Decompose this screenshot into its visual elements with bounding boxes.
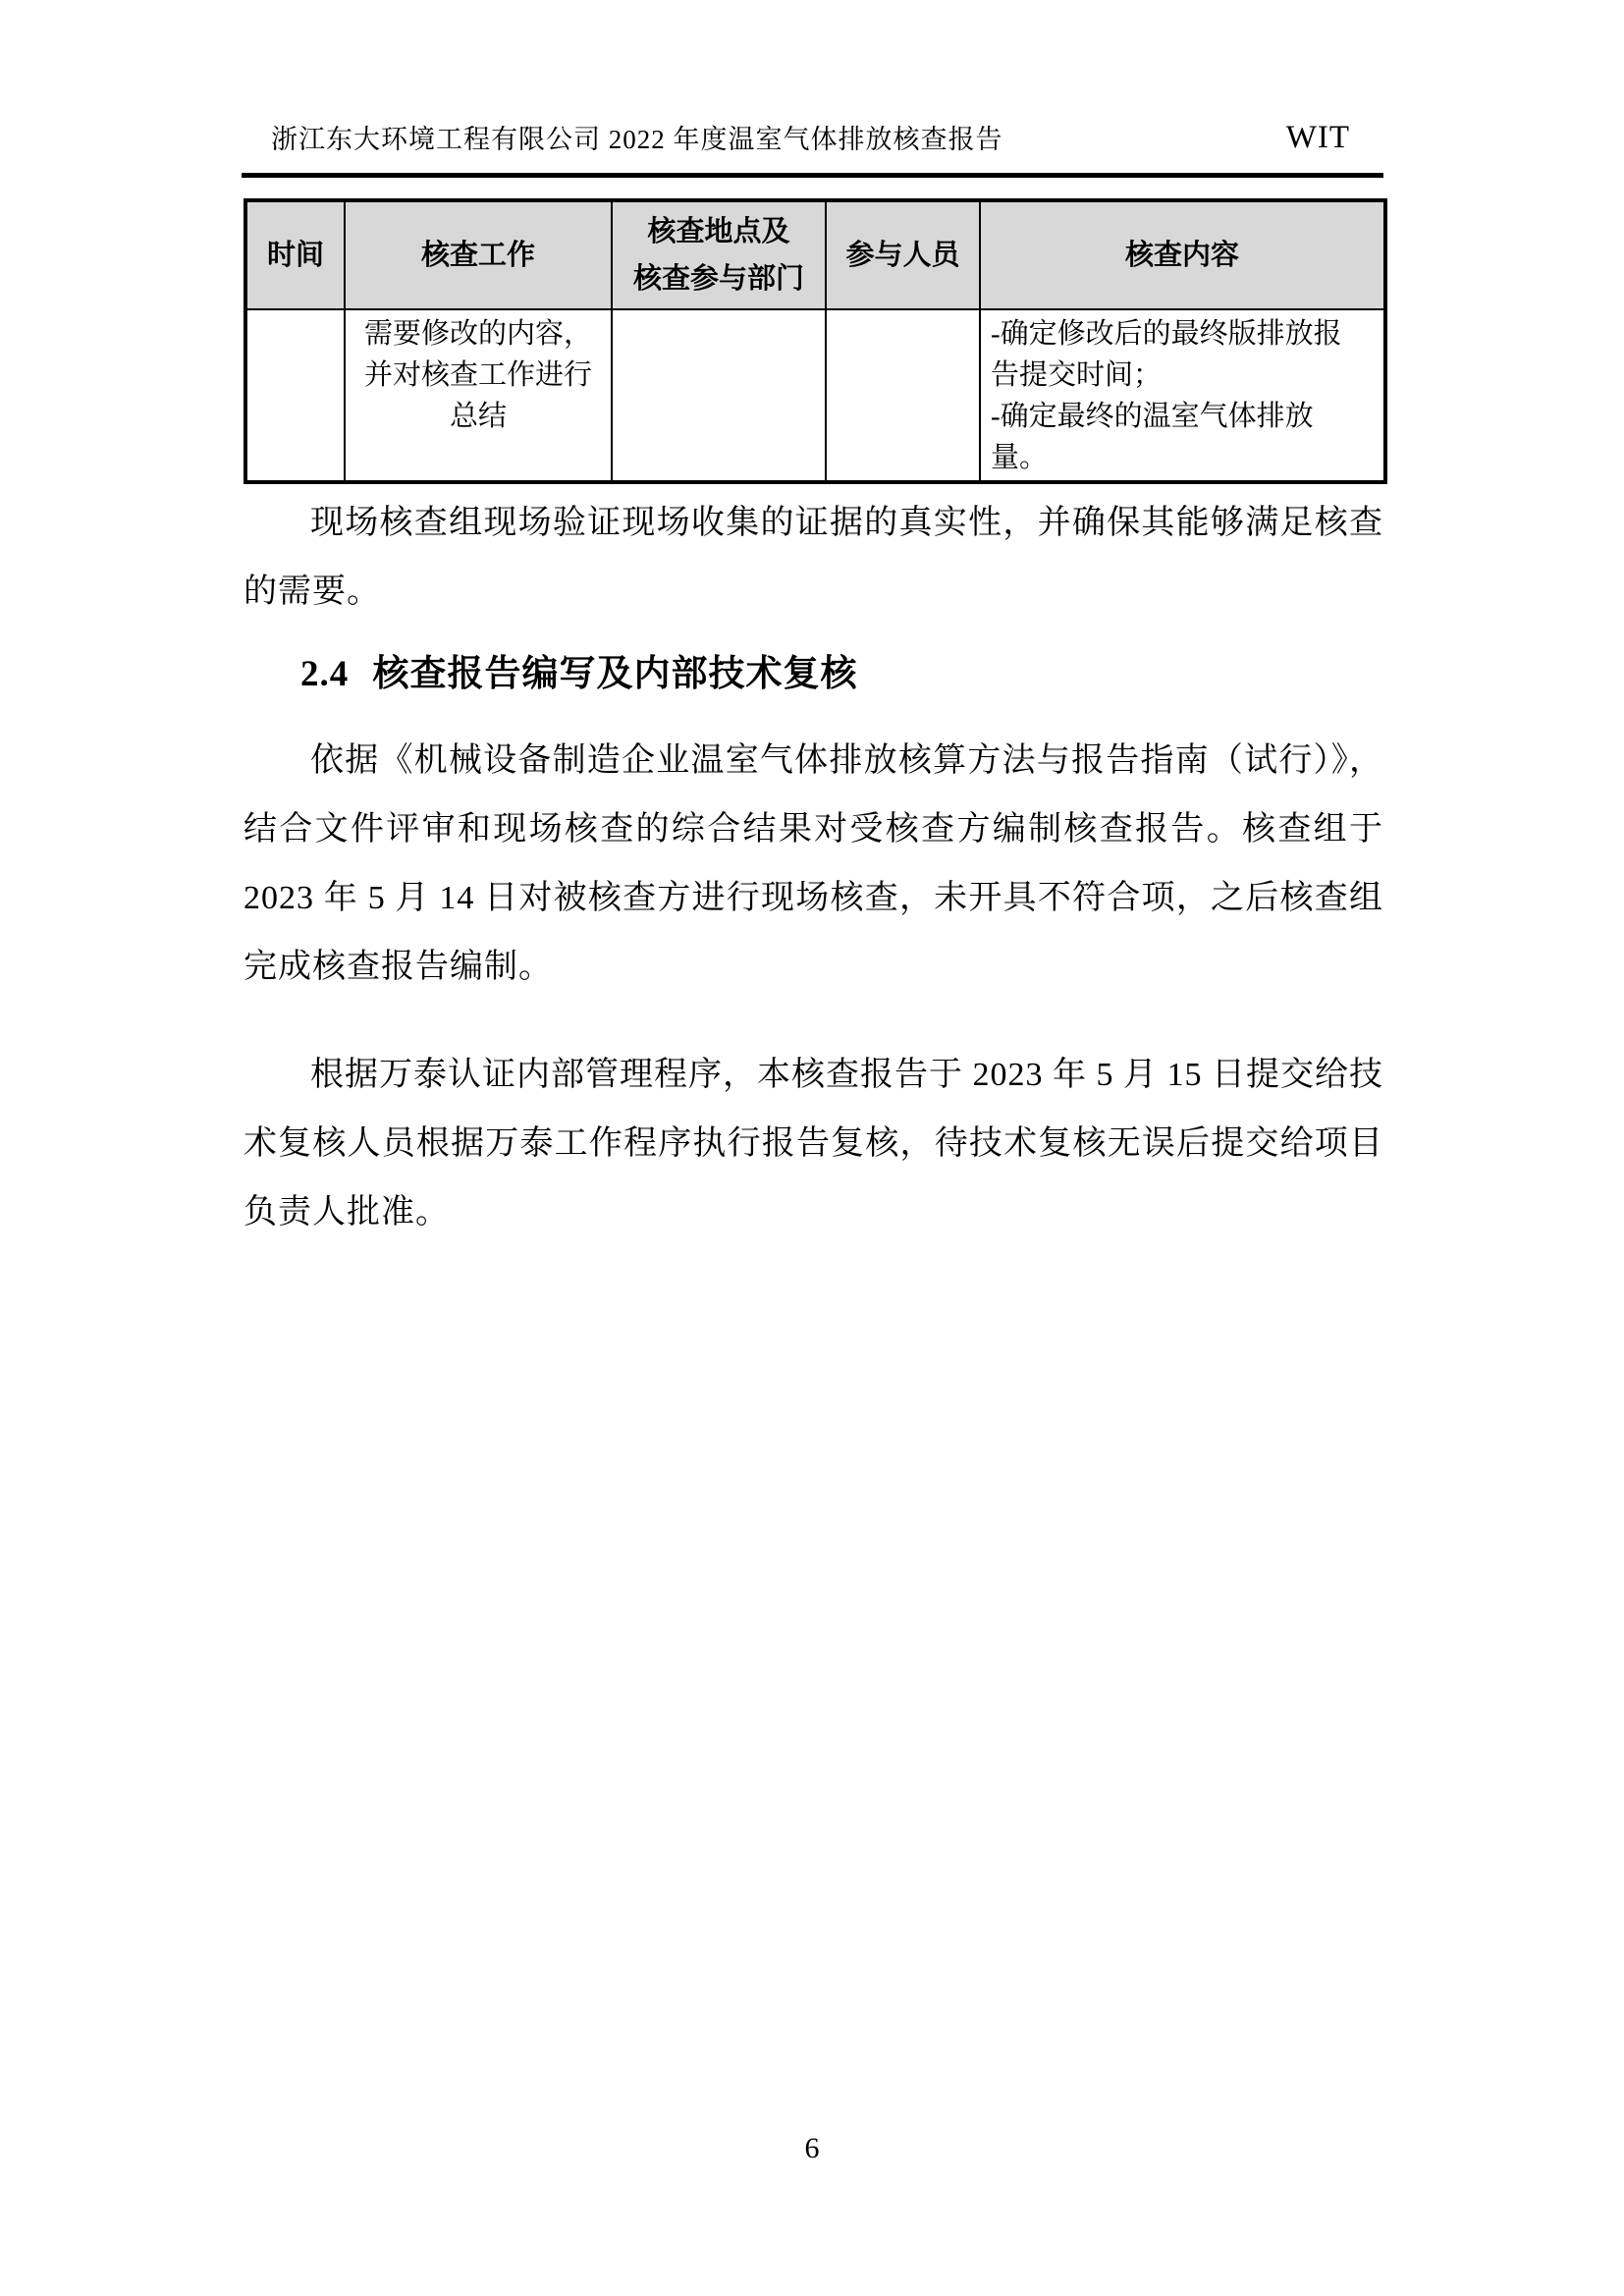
page-footer: 6 (0, 2129, 1624, 2168)
cell-location (612, 309, 826, 482)
cell-work: 需要修改的内容， 并对核查工作进行 总结 (345, 309, 612, 482)
paragraph-technical-review: 根据万泰认证内部管理程序，本核查报告于 2023 年 5 月 15 日提交给技术… (244, 1041, 1383, 1247)
section-heading-2-4: 2.4 核查报告编写及内部技术复核 (244, 640, 1383, 709)
header-rule (242, 173, 1383, 178)
paragraph-onsite-verification: 现场核查组现场验证现场收集的证据的真实性，并确保其能够满足核查的需要。 (244, 489, 1383, 627)
verification-schedule-table: 时间 核查工作 核查地点及 核查参与部门 参与人员 核查内容 需要修改的内容， … (244, 198, 1387, 484)
column-header-work: 核查工作 (345, 200, 612, 309)
page-header: 浙江东大环境工程有限公司 2022 年度温室气体排放核查报告 WIT (244, 116, 1383, 159)
header-brand-wit: WIT (1286, 116, 1383, 159)
cell-participants (826, 309, 980, 482)
cell-time (245, 309, 345, 482)
body-text: 现场核查组现场验证现场收集的证据的真实性，并确保其能够满足核查的需要。 2.4 … (244, 489, 1383, 1247)
cell-content: -确定修改后的最终版排放报 告提交时间； -确定最终的温室气体排放 量。 (980, 309, 1385, 482)
table-header-row: 时间 核查工作 核查地点及 核查参与部门 参与人员 核查内容 (245, 200, 1385, 309)
column-header-participants: 参与人员 (826, 200, 980, 309)
header-title: 浙江东大环境工程有限公司 2022 年度温室气体排放核查报告 (244, 120, 1003, 159)
table-row: 需要修改的内容， 并对核查工作进行 总结 -确定修改后的最终版排放报 告提交时间… (245, 309, 1385, 482)
document-page: 浙江东大环境工程有限公司 2022 年度温室气体排放核查报告 WIT 时间 核查… (0, 0, 1624, 2296)
column-header-location: 核查地点及 核查参与部门 (612, 200, 826, 309)
paragraph-report-compilation: 依据《机械设备制造企业温室气体排放核算方法与报告指南（试行）》，结合文件评审和现… (244, 727, 1383, 1002)
page-number: 6 (805, 2132, 820, 2164)
column-header-time: 时间 (245, 200, 345, 309)
column-header-content: 核查内容 (980, 200, 1385, 309)
